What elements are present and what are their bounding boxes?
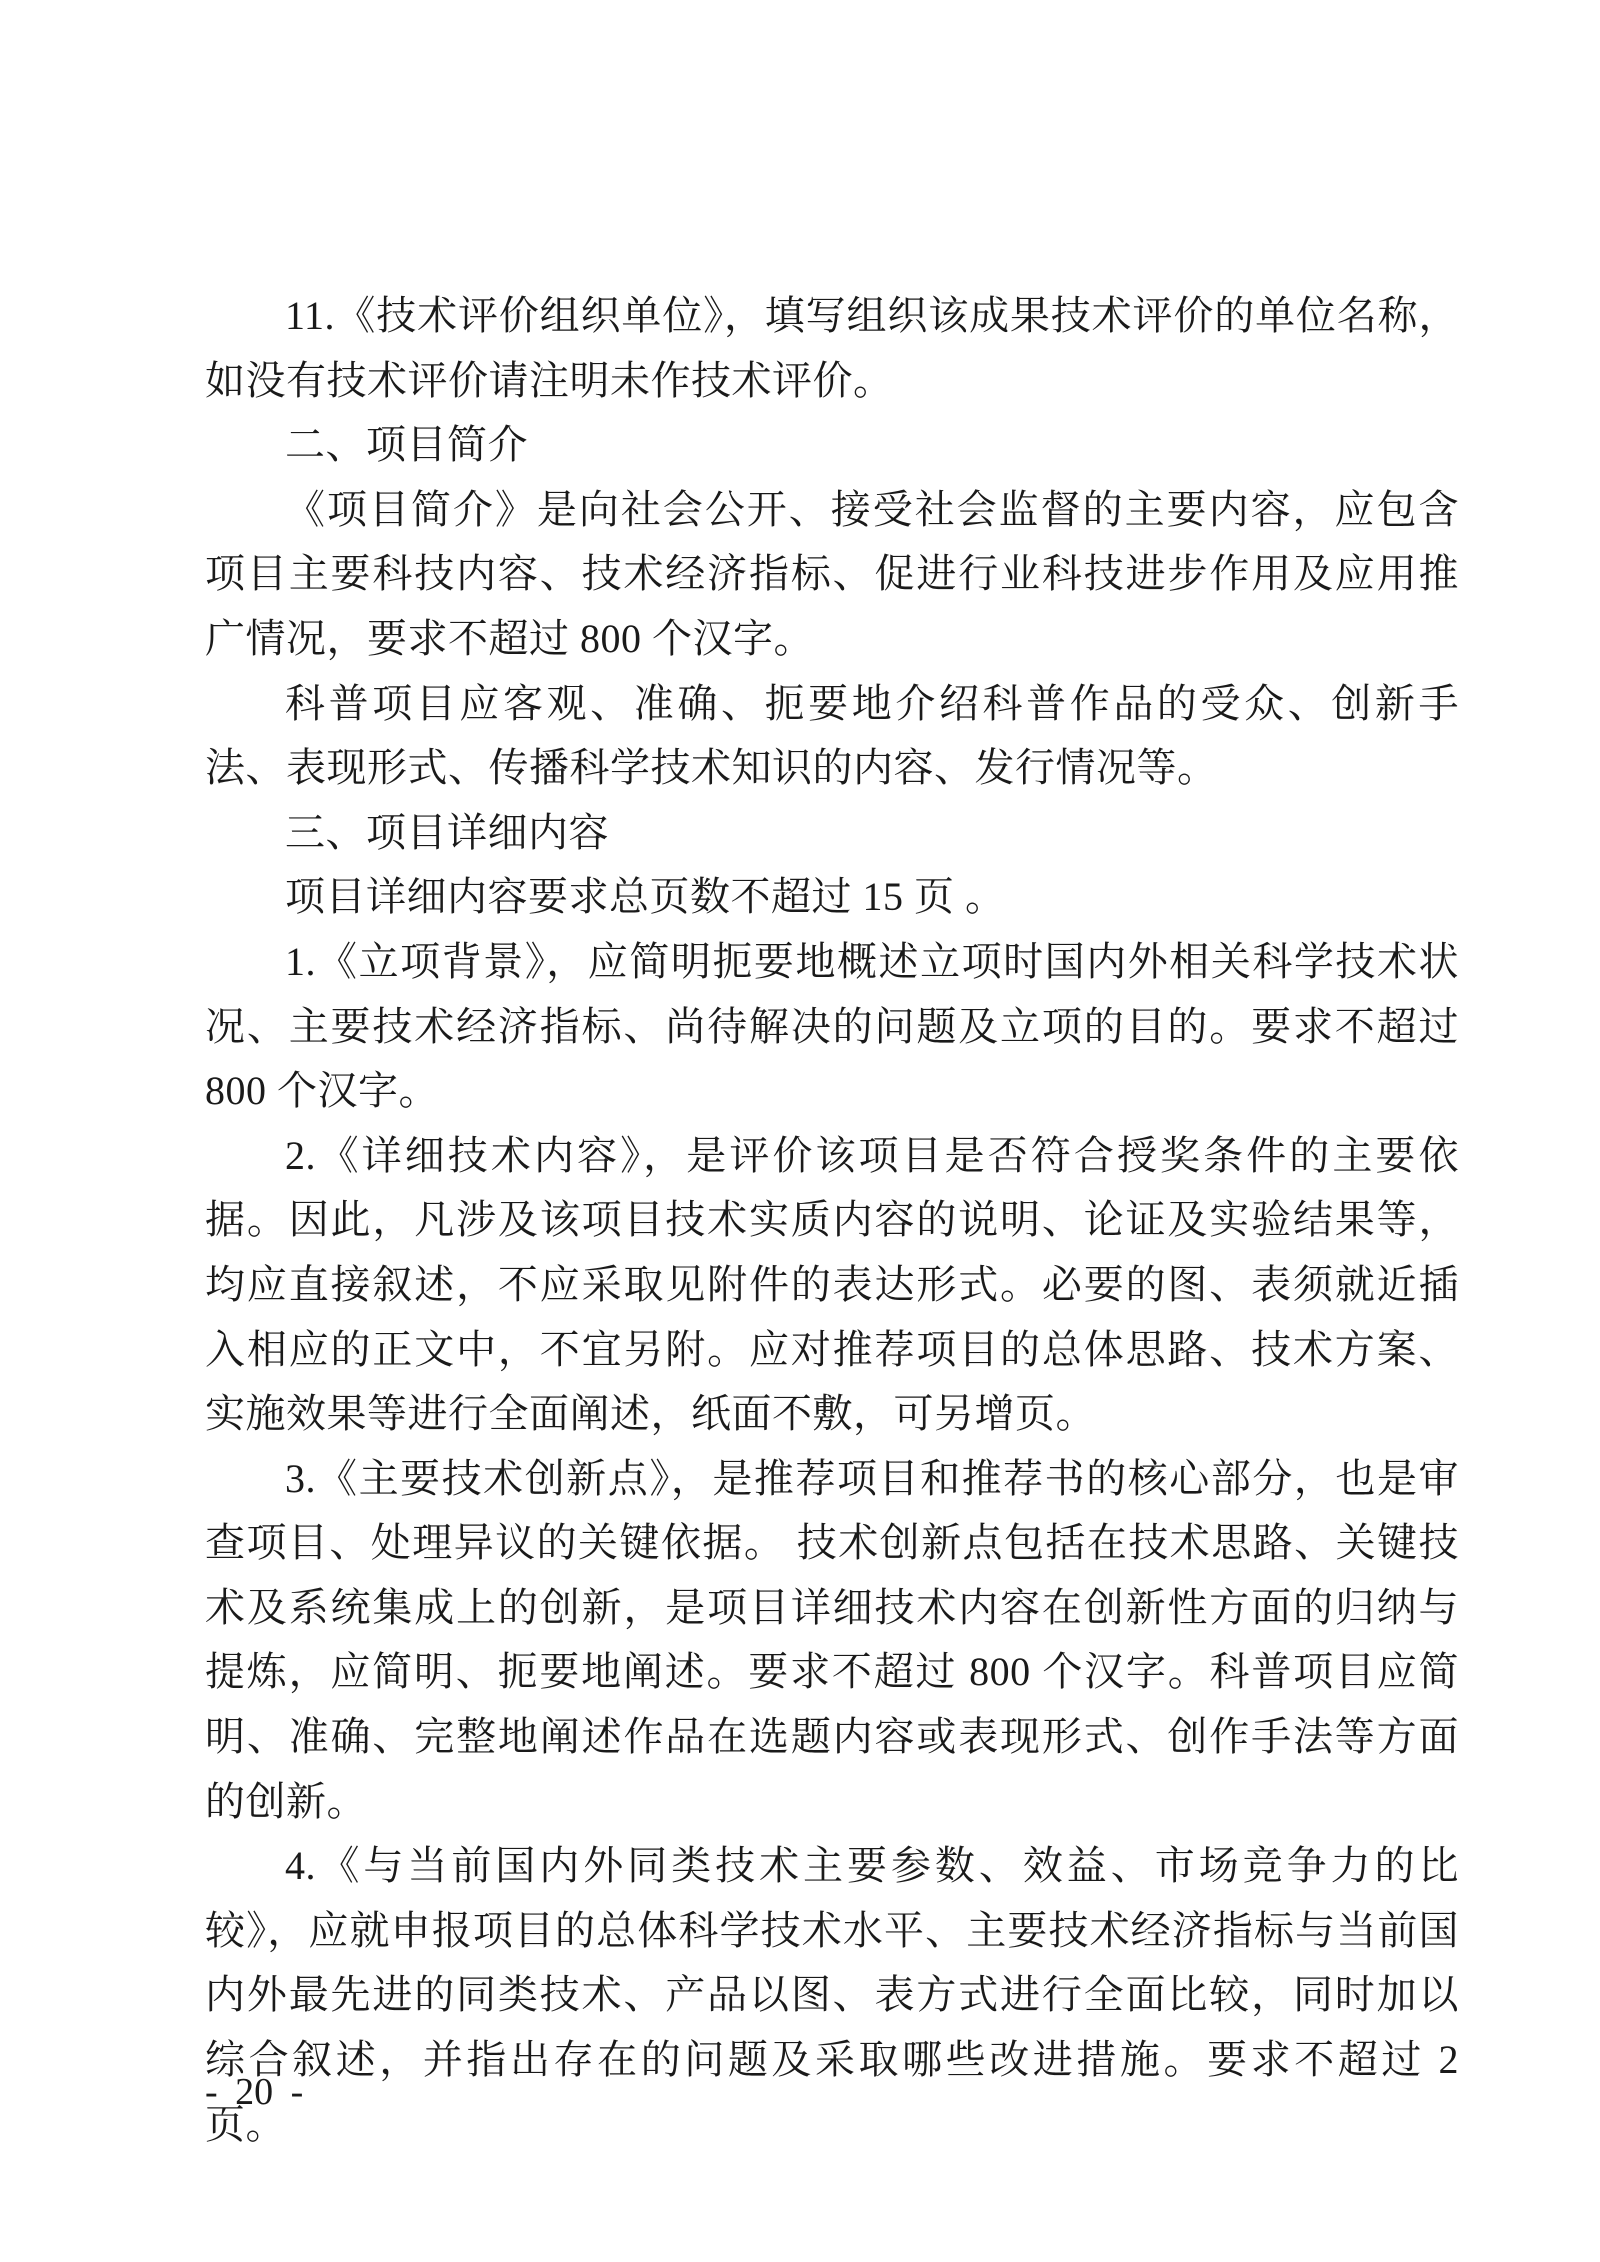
- item-4-comparison: 4.《与当前国内外同类技术主要参数、效益、市场竞争力的比较》，应就申报项目的总体…: [205, 1834, 1459, 2157]
- item-1-background: 1.《立项背景》，应简明扼要地概述立项时国内外相关科学技术状况、主要技术经济指标…: [205, 930, 1459, 1124]
- item-11-tech-evaluation-org: 11.《技术评价组织单位》，填写组织该成果技术评价的单位名称，如没有技术评价请注…: [205, 284, 1459, 413]
- par-detail-page-limit: 项目详细内容要求总页数不超过 15 页 。: [205, 865, 1459, 930]
- heading-section-3: 三、项目详细内容: [205, 801, 1459, 866]
- par-kepu-brief: 科普项目应客观、准确、扼要地介绍科普作品的受众、创新手法、表现形式、传播科学技术…: [205, 672, 1459, 801]
- par-project-brief: 《项目简介》是向社会公开、接受社会监督的主要内容，应包含项目主要科技内容、技术经…: [205, 478, 1459, 672]
- item-2-detailed-tech-content: 2.《详细技术内容》，是评价该项目是否符合授奖条件的主要依据。因此，凡涉及该项目…: [205, 1124, 1459, 1447]
- item-3-main-innovations: 3.《主要技术创新点》，是推荐项目和推荐书的核心部分，也是审查项目、处理异议的关…: [205, 1447, 1459, 1835]
- page-number: - 20 -: [205, 2072, 303, 2112]
- document-page: 11.《技术评价组织单位》，填写组织该成果技术评价的单位名称，如没有技术评价请注…: [0, 0, 1600, 2262]
- document-body: 11.《技术评价组织单位》，填写组织该成果技术评价的单位名称，如没有技术评价请注…: [205, 284, 1459, 2157]
- heading-section-2: 二、项目简介: [205, 413, 1459, 478]
